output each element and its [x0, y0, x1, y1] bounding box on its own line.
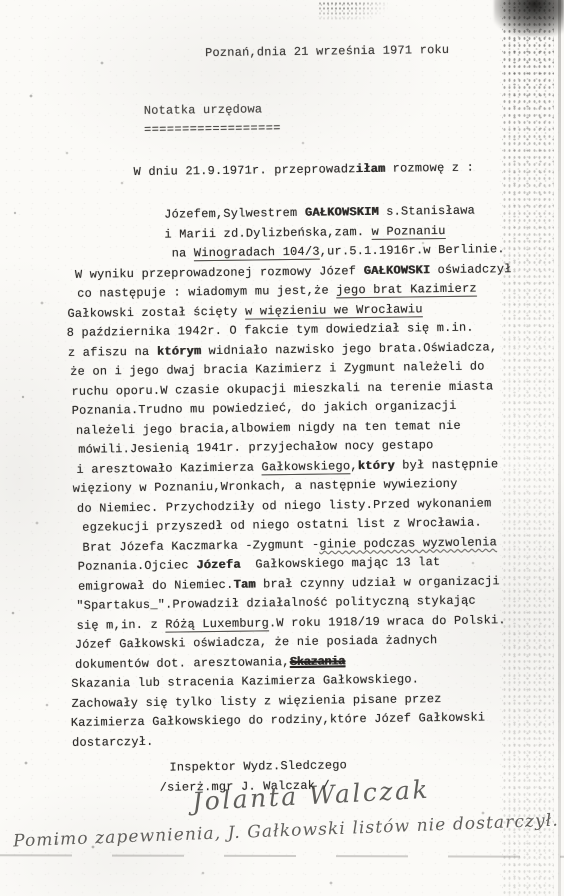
text-segment: dokumentów dot. aresztowania,: [75, 655, 290, 672]
text-segment: ginie podczas wyzwolenia: [319, 535, 497, 551]
struck-out-text: Skazania: [290, 654, 345, 669]
text-segment: Brat Józefa Kaczmarka -Zygmunt -: [82, 537, 319, 554]
text-segment: w Poznaniu: [372, 223, 446, 238]
page-fold-line: [0, 854, 564, 857]
text-segment: egzekucji przyszedł od niego ostatni lis…: [82, 516, 482, 535]
text-segment: iłam: [356, 161, 386, 175]
text-segment: z afiszu na: [68, 344, 157, 359]
text-segment: emigrował do Niemiec.: [78, 577, 234, 593]
text-segment: Józefa: [196, 558, 241, 573]
text-segment: Winogradach 104/3: [194, 245, 320, 261]
text-segment: Poznania.Ojciec: [78, 558, 197, 574]
text-segment: Józef Gałkowski oświadcza, że nie posiad…: [75, 633, 438, 652]
text-segment: GAŁKOWSKI: [363, 263, 430, 278]
text-segment: Poznania.Trudno mu powiedzieć, do jakich…: [72, 399, 457, 418]
text-line: W dniu 21.9.1971r. przeprowadziłam rozmo…: [133, 157, 564, 182]
text-segment: co następuje : wiadomym mu jest,że: [77, 283, 336, 300]
scanned-document: Poznań,dnia 21 września 1971 roku Notatk…: [0, 0, 564, 896]
text-segment: w więzieniu we Wrocławiu: [245, 302, 423, 318]
text-segment: był następnie: [395, 457, 499, 472]
text-segment: s.Stanisława: [379, 204, 475, 219]
text-segment: i Marii zd.Dylizbeńska,zam.: [164, 224, 371, 241]
text-segment: Kazimierza Gałkowskiego do rodziny,które…: [71, 710, 486, 729]
body-text: W dniu 21.9.1971r. przeprowadziłam rozmo…: [63, 157, 564, 799]
text-segment: więziony w Poznaniu,Wronkach, a następni…: [73, 477, 458, 496]
text-segment: oświadczył: [430, 262, 512, 277]
text-segment: W dniu 21.9.1971r. przeprowadz: [134, 162, 356, 179]
text-segment: którym: [157, 344, 202, 359]
text-segment: widniało nazwisko jego brata.Oświadcza,: [201, 340, 497, 358]
text-segment: na: [172, 246, 194, 260]
text-segment: się m,in. z: [76, 617, 165, 632]
text-segment: Inspektor Wydz.Sledczego: [169, 758, 347, 774]
text-segment: dostarczył.: [72, 734, 154, 749]
text-segment: i aresztowało Kazimierza: [76, 460, 261, 476]
text-segment: że on i jego dwaj bracia Kazimierz i Zyg…: [70, 359, 485, 378]
text-segment: Józefem,Sylwestrem: [164, 206, 305, 222]
text-segment: Gałkowski został ścięty: [67, 304, 245, 320]
text-segment: należeli jego bracia,albowiem nigdy na t…: [76, 418, 461, 437]
text-segment: do Niemiec. Przychodziły od niego listy.…: [77, 496, 492, 515]
text-segment: Tam: [233, 577, 255, 591]
text-segment: jego brat Kazimierz: [336, 282, 477, 298]
text-segment: GAŁKOWSKIM: [305, 205, 379, 220]
text-segment: brał czynny udział w organizacji: [256, 574, 500, 591]
text-segment: Różą Luxemburg: [165, 616, 269, 631]
handwritten-note: Pomimo zapewnienia, J. Gałkowski listów …: [13, 811, 559, 852]
text-segment: ruchu oporu.W czasie okupacji mieszkali …: [71, 379, 493, 399]
text-segment: rozmowę z :: [385, 160, 474, 175]
text-segment: ,ur.5.1.1916r.w Berlinie.: [320, 242, 505, 258]
text-segment: .W roku 1918/19 wraca do Polski.: [269, 613, 506, 630]
text-segment: W wyniku przeprowadzonej rozmowy Józef: [75, 264, 364, 282]
date-line: Poznań,dnia 21 września 1971 roku: [205, 39, 564, 63]
text-segment: Zachowały się tylko listy z więzienia pi…: [71, 692, 441, 711]
text-segment: Gałkowskiego: [261, 459, 350, 474]
text-segment: który: [358, 458, 395, 472]
text-segment: 8 października 1942r. O fakcie tym dowie…: [67, 321, 474, 340]
text-segment: Gałkowskiego mając 13 lat: [241, 555, 441, 572]
text-segment: "Spartakus_".Prowadził działalność polit…: [76, 594, 476, 613]
typed-text-block: Poznań,dnia 21 września 1971 roku Notatk…: [0, 0, 564, 800]
text-segment: Skazania lub stracenia Kazimierza Gałkow…: [71, 672, 419, 691]
text-segment: mówili.Jesienią 1941r. przyjechałow nocy…: [78, 438, 433, 457]
